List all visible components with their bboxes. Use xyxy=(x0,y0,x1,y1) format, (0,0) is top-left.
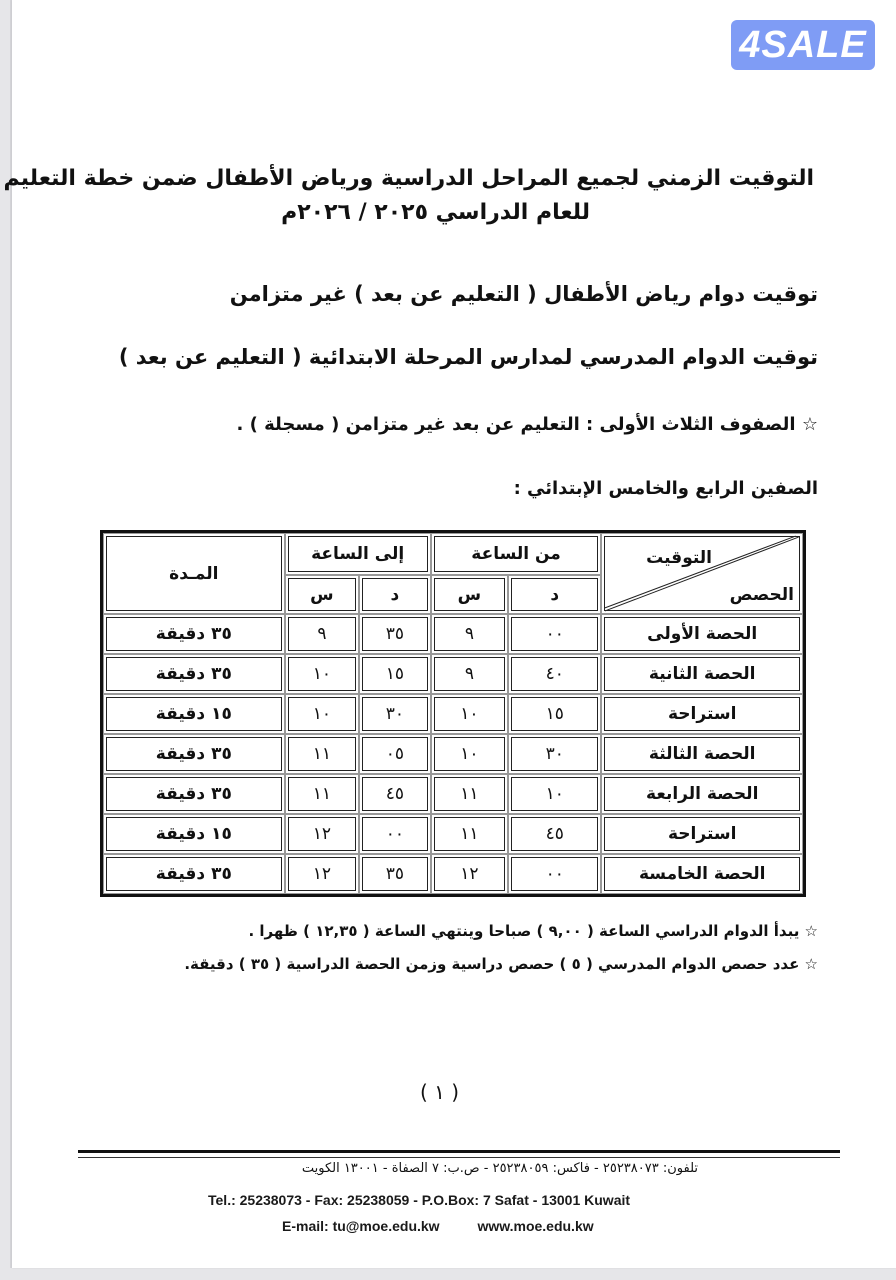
footer-divider xyxy=(78,1150,840,1153)
to-minute: ٤٥ xyxy=(359,774,431,814)
to-minute: ١٥ xyxy=(359,654,431,694)
to-hour: ١١ xyxy=(285,734,360,774)
to-hour: ١٢ xyxy=(285,814,360,854)
from-minute: ٤٥ xyxy=(508,814,601,854)
from-minute: ٤٠ xyxy=(508,654,601,694)
to-hour: ١٠ xyxy=(285,694,360,734)
to-minute: ٣٥ xyxy=(359,614,431,654)
duration: ١٥ دقيقة xyxy=(103,694,285,734)
from-minute: ٣٠ xyxy=(508,734,601,774)
header-to-minute: د xyxy=(359,575,431,614)
table-row: الحصة الأولى ٠٠ ٩ ٣٥ ٩ ٣٥ دقيقة xyxy=(103,614,803,654)
from-hour: ١٠ xyxy=(431,694,508,734)
to-minute: ٠٠ xyxy=(359,814,431,854)
footer-arabic-contact: تلفون: ٢٥٢٣٨٠٧٣ - فاكس: ٢٥٢٣٨٠٥٩ - ص.ب: … xyxy=(302,1161,698,1176)
period-name: الحصة الأولى xyxy=(601,614,803,654)
from-minute: ١٠ xyxy=(508,774,601,814)
schedule-table: التوقيت الحصص من الساعة إلى الساعة المـد… xyxy=(100,530,806,897)
first-grades-note: ☆ الصفوف الثلاث الأولى : التعليم عن بعد … xyxy=(237,414,818,435)
period-name: الحصة الثالثة xyxy=(601,734,803,774)
watermark-logo: 4SALE xyxy=(731,20,875,70)
to-minute: ٠٥ xyxy=(359,734,431,774)
table-row: الحصة الرابعة ١٠ ١١ ٤٥ ١١ ٣٥ دقيقة xyxy=(103,774,803,814)
table-row: استراحة ٤٥ ١١ ٠٠ ١٢ ١٥ دقيقة xyxy=(103,814,803,854)
period-name: الحصة الرابعة xyxy=(601,774,803,814)
primary-heading: توقيت الدوام المدرسي لمدارس المرحلة الاب… xyxy=(119,345,818,369)
table-row: الحصة الثالثة ٣٠ ١٠ ٠٥ ١١ ٣٥ دقيقة xyxy=(103,734,803,774)
duration: ١٥ دقيقة xyxy=(103,814,285,854)
header-periods-label: الحصص xyxy=(730,585,794,605)
header-to-hour: س xyxy=(285,575,360,614)
document-title-year: للعام الدراسي ٢٠٢٥ / ٢٠٢٦م xyxy=(281,200,590,225)
period-name: استراحة xyxy=(601,814,803,854)
header-timing-label: التوقيت xyxy=(646,548,712,568)
to-hour: ٩ xyxy=(285,614,360,654)
document-title: التوقيت الزمني لجميع المراحل الدراسية ور… xyxy=(0,166,814,191)
start-end-note: ☆ يبدأ الدوام الدراسي الساعة ( ٩,٠٠ ) صب… xyxy=(248,922,818,940)
from-minute: ٠٠ xyxy=(508,614,601,654)
period-name: استراحة xyxy=(601,694,803,734)
footer-english-contact: Tel.: 25238073 - Fax: 25238059 - P.O.Box… xyxy=(208,1192,630,1208)
footer-website-link[interactable]: www.moe.edu.kw xyxy=(477,1218,593,1234)
footer-email-link[interactable]: E-mail: tu@moe.edu.kw xyxy=(282,1218,440,1234)
to-minute: ٣٠ xyxy=(359,694,431,734)
duration: ٣٥ دقيقة xyxy=(103,654,285,694)
period-name: الحصة الثانية xyxy=(601,654,803,694)
from-hour: ٩ xyxy=(431,654,508,694)
duration: ٣٥ دقيقة xyxy=(103,774,285,814)
watermark-label: 4SALE xyxy=(739,24,866,67)
header-from: من الساعة xyxy=(431,533,602,575)
header-to: إلى الساعة xyxy=(285,533,431,575)
duration: ٣٥ دقيقة xyxy=(103,734,285,774)
periods-count-note: ☆ عدد حصص الدوام المدرسي ( ٥ ) حصص دراسي… xyxy=(184,955,818,973)
page-number: ( ١ ) xyxy=(420,1080,459,1104)
from-hour: ٩ xyxy=(431,614,508,654)
to-hour: ١٠ xyxy=(285,654,360,694)
to-minute: ٣٥ xyxy=(359,854,431,894)
grades-4-5-label: الصفين الرابع والخامس الإبتدائي : xyxy=(514,478,818,499)
header-duration: المـدة xyxy=(103,533,285,614)
footer-online-contact: E-mail: tu@moe.edu.kw www.moe.edu.kw xyxy=(282,1218,594,1234)
header-from-minute: د xyxy=(508,575,601,614)
period-name: الحصة الخامسة xyxy=(601,854,803,894)
footer-divider-thin xyxy=(78,1157,840,1158)
header-diagonal-cell: التوقيت الحصص xyxy=(601,533,803,614)
from-minute: ٠٠ xyxy=(508,854,601,894)
to-hour: ١١ xyxy=(285,774,360,814)
from-hour: ١١ xyxy=(431,814,508,854)
from-hour: ١١ xyxy=(431,774,508,814)
header-from-hour: س xyxy=(431,575,508,614)
duration: ٣٥ دقيقة xyxy=(103,614,285,654)
to-hour: ١٢ xyxy=(285,854,360,894)
from-minute: ١٥ xyxy=(508,694,601,734)
from-hour: ١٠ xyxy=(431,734,508,774)
table-row: الحصة الثانية ٤٠ ٩ ١٥ ١٠ ٣٥ دقيقة xyxy=(103,654,803,694)
duration: ٣٥ دقيقة xyxy=(103,854,285,894)
table-row: الحصة الخامسة ٠٠ ١٢ ٣٥ ١٢ ٣٥ دقيقة xyxy=(103,854,803,894)
table-row: استراحة ١٥ ١٠ ٣٠ ١٠ ١٥ دقيقة xyxy=(103,694,803,734)
kindergarten-heading: توقيت دوام رياض الأطفال ( التعليم عن بعد… xyxy=(230,282,818,306)
from-hour: ١٢ xyxy=(431,854,508,894)
